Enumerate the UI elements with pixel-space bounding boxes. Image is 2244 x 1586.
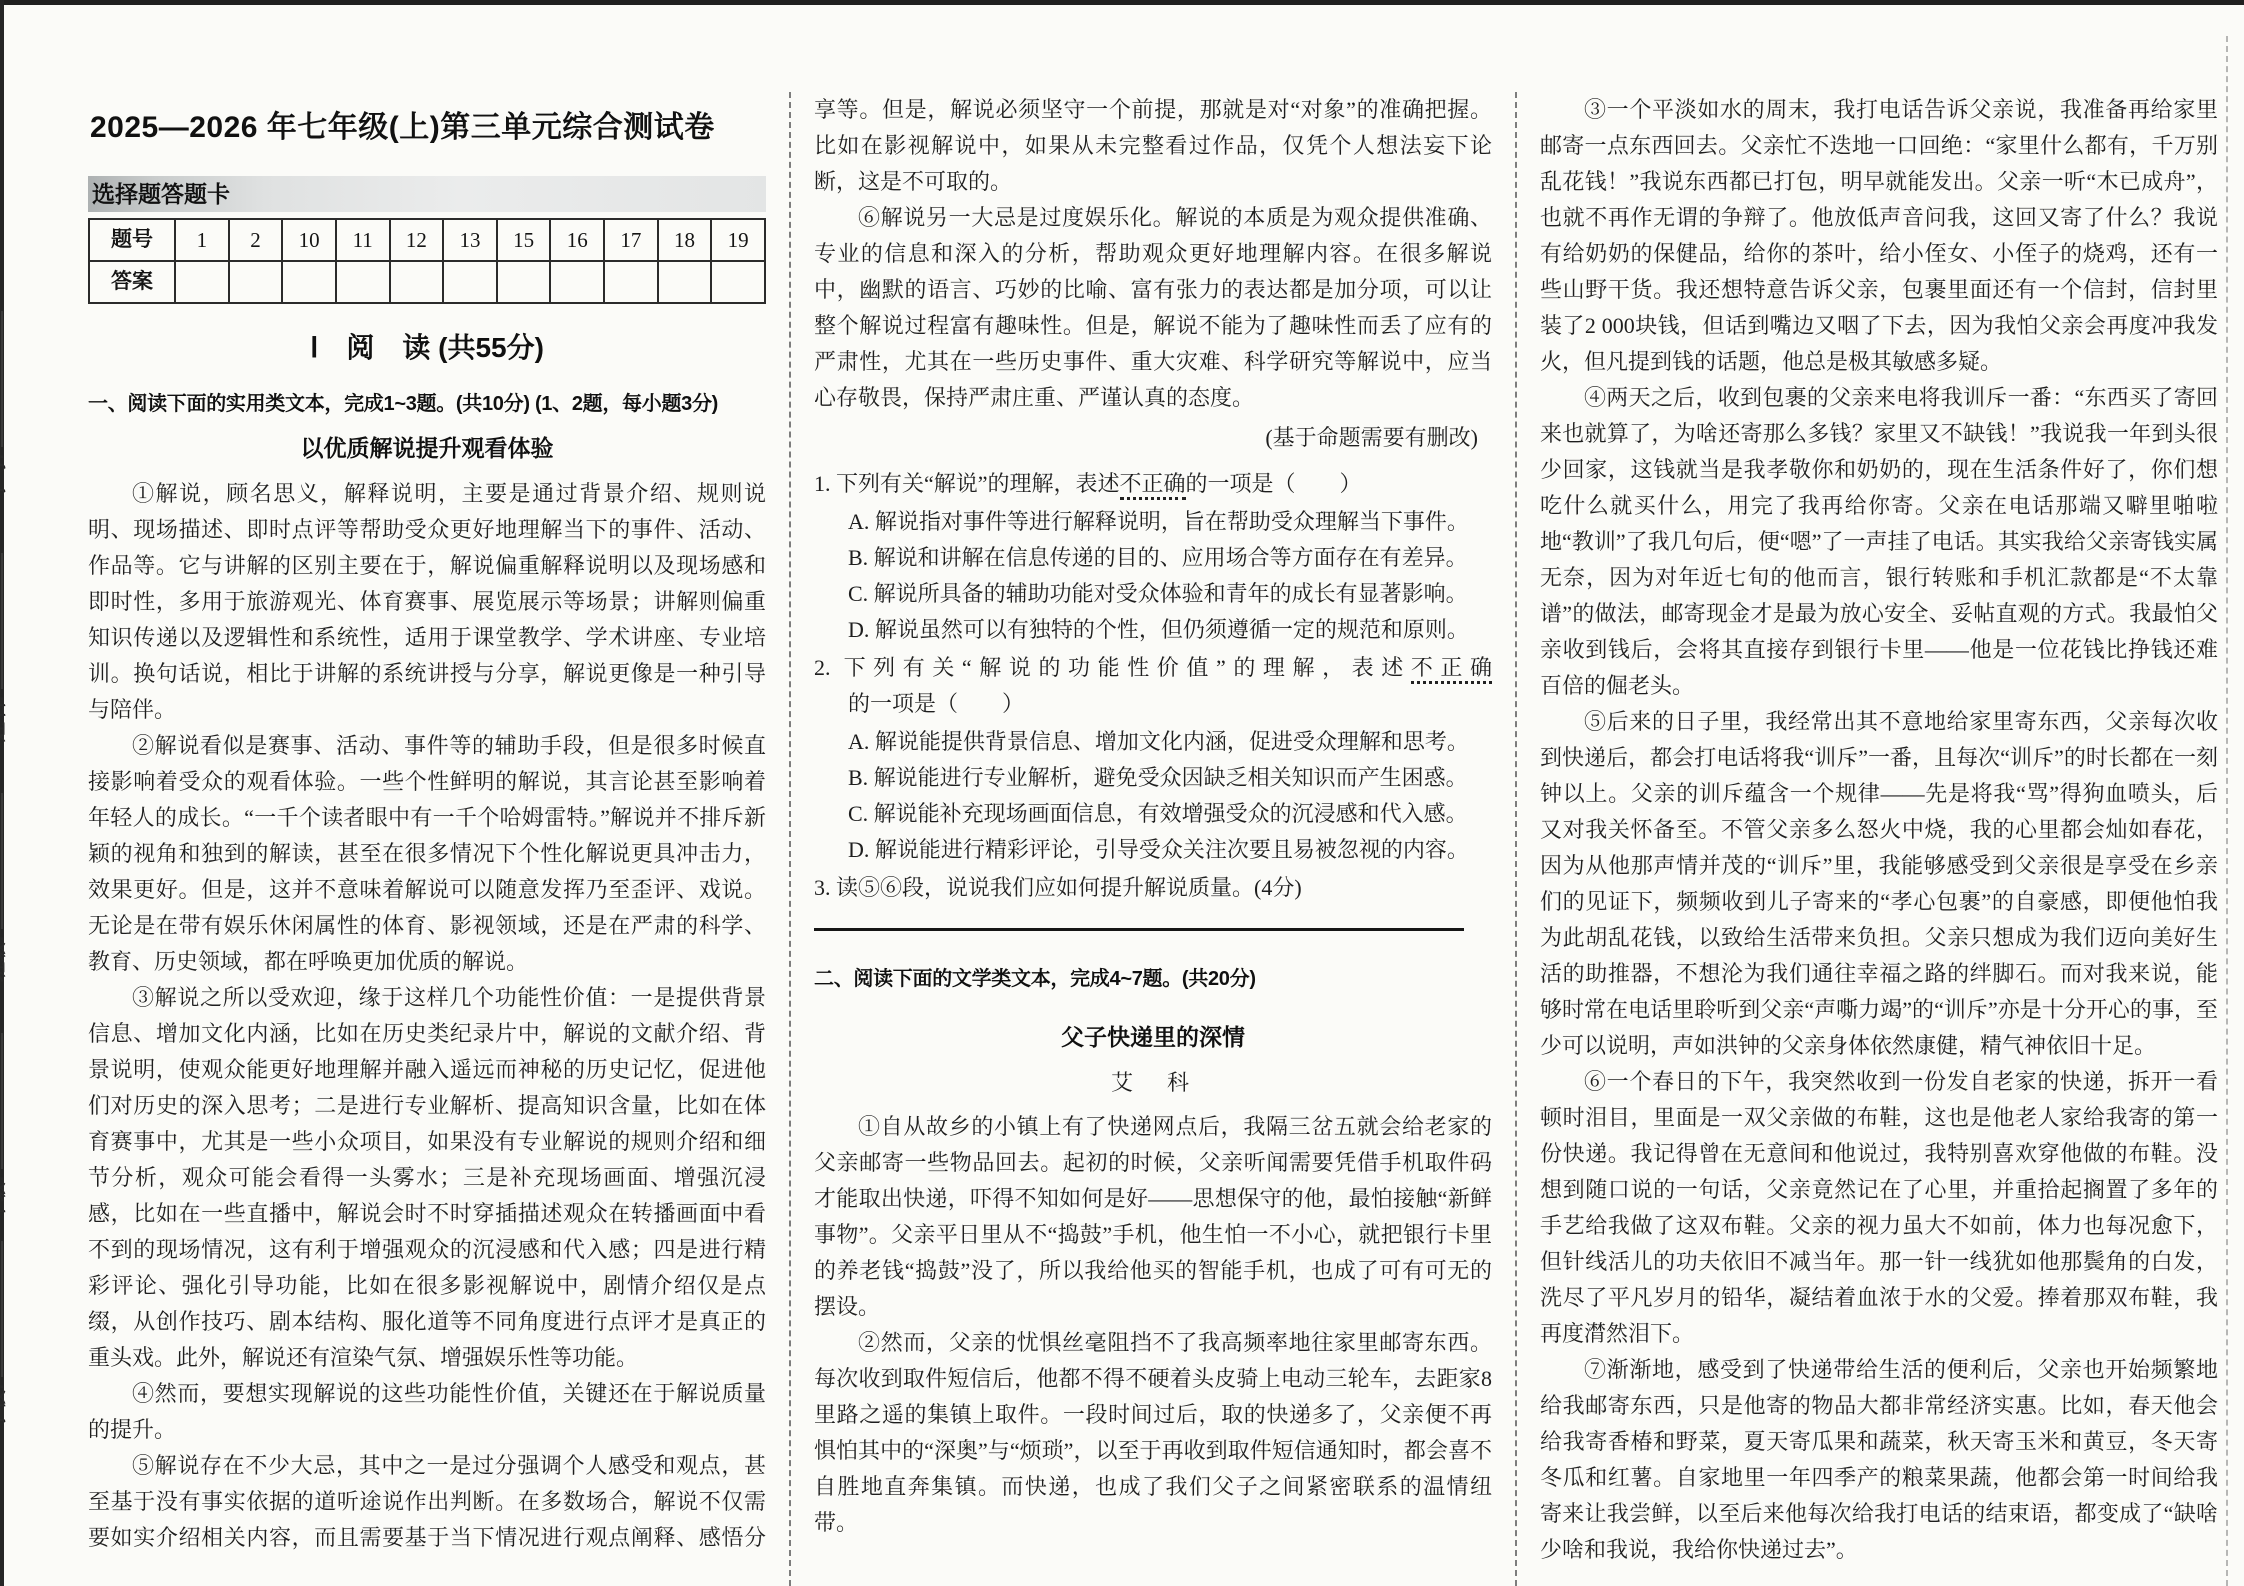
scanned-exam-page: { "page_title": "2025—2026 年七年级(上)第三单元综合… xyxy=(0,0,2244,1586)
question-2-option-b: B. 解说能进行专业解析，避免受众因缺乏相关知识而产生困惑。 xyxy=(814,760,1492,796)
question-1-stem: 1. 下列有关“解说”的理解，表述不正确的一项是（ ） xyxy=(814,466,1492,502)
answer-card-answer-cell xyxy=(390,261,444,303)
margin-field-blank-line xyxy=(0,1241,3,1377)
answer-card-answer-cell xyxy=(711,261,765,303)
answer-card-answer-row: 答案 xyxy=(89,261,765,303)
question-3-stem: 3. 读⑤⑥段，说说我们应如何提升解说质量。(4分) xyxy=(814,870,1492,906)
answer-card-table: 题号 1 2 10 11 12 13 15 16 17 18 19 答案 xyxy=(88,218,766,304)
margin-field-label: 班级: xyxy=(0,935,8,982)
answer-card-qnum: 17 xyxy=(604,219,658,261)
margin-field-name: 姓名: xyxy=(0,506,10,742)
question-1-option-c: C. 解说所具备的辅助功能对受众体验和青年的成长有显著影响。 xyxy=(814,576,1492,612)
passage-paragraph: ④两天之后，收到包裹的父亲来电将我训斥一番：“东西买了寄回来也就算了，为啥还寄那… xyxy=(1540,380,2218,704)
answer-card-qnum: 2 xyxy=(229,219,283,261)
margin-field-student-id: 学号: xyxy=(0,264,10,500)
answer-card-answer-cell xyxy=(282,261,336,303)
answer-card-qnum: 19 xyxy=(711,219,765,261)
margin-field-label: 姓名: xyxy=(0,695,8,742)
passage-paragraph: ③解说之所以受欢迎，缘于这样几个功能性价值：一是提供背景信息、增加文化内涵，比如… xyxy=(88,980,766,1376)
passage-paragraph: ②然而，父亲的忧惧丝毫阻挡不了我高频率地往家里邮寄东西。每次收到取件短信后，他都… xyxy=(814,1325,1492,1541)
part2-author: 艾 科 xyxy=(814,1065,1492,1101)
question-2-stem: 2. 下列有关“解说的功能性价值”的理解，表述不正确的一项是（ ） xyxy=(814,650,1492,722)
passage-paragraph: ⑥一个春日的下午，我突然收到一份发自老家的快递，拆开一看顿时泪目，里面是一双父亲… xyxy=(1540,1064,2218,1352)
question-number: 3. xyxy=(814,875,831,900)
part1-instruction: 一、阅读下面的实用类文本，完成1~3题。(共10分) (1、2题，每小题3分) xyxy=(88,386,766,422)
margin-field-class: 班级: xyxy=(0,746,10,982)
passage-paragraph: ⑦渐渐地，感受到了快递带给生活的便利后，父亲也开始频繁地给我邮寄东西，只是他寄的… xyxy=(1540,1352,2218,1568)
margin-field-label: 学校: xyxy=(0,1383,8,1430)
exam-body-columns: 2025—2026 年七年级(上)第三单元综合测试卷 选择题答题卡 题号 1 2… xyxy=(88,56,2218,1586)
answer-card-qnum: 16 xyxy=(550,219,604,261)
answer-card-answer-cell xyxy=(658,261,712,303)
section-divider-rule xyxy=(814,928,1464,931)
answer-card-number-row: 题号 1 2 10 11 12 13 15 16 17 18 19 xyxy=(89,219,765,261)
question-number: 2. xyxy=(814,655,831,680)
answer-card-qnum: 1 xyxy=(175,219,229,261)
margin-field-blank-line xyxy=(0,311,3,447)
question-2-option-d: D. 解说能进行精彩评论，引导受众关注次要且易被忽视的内容。 xyxy=(814,832,1492,868)
passage-paragraph: ⑤后来的日子里，我经常出其不意地给家里寄东西，父亲每次收到快递后，都会打电话将我… xyxy=(1540,704,2218,1064)
part1-passage-title: 以优质解说提升观看体验 xyxy=(88,430,766,466)
answer-card-qnum-header: 题号 xyxy=(89,219,175,261)
answer-card-qnum: 12 xyxy=(390,219,444,261)
question-1-option-d: D. 解说虽然可以有独特的个性，但仍须遵循一定的规范和原则。 xyxy=(814,612,1492,648)
passage-paragraph: ①解说，顾名思义，解释说明，主要是通过背景介绍、规则说明、现场描述、即时点评等帮… xyxy=(88,476,766,728)
passage-paragraph: ⑥解说另一大忌是过度娱乐化。解说的本质是为观众提供准确、专业的信息和深入的分析，… xyxy=(814,200,1492,416)
answer-card-answer-cell xyxy=(550,261,604,303)
passage-paragraph: ③一个平淡如水的周末，我打电话告诉父亲说，我准备再给家里邮寄一点东西回去。父亲忙… xyxy=(1540,92,2218,380)
scan-edge-top xyxy=(0,0,2244,5)
answer-card-answer-cell xyxy=(229,261,283,303)
answer-card-answer-cell xyxy=(175,261,229,303)
answer-card-answer-cell xyxy=(604,261,658,303)
question-1-option-b: B. 解说和讲解在信息传递的目的、应用场合等方面存在有差异。 xyxy=(814,540,1492,576)
margin-field-school: 学校: xyxy=(0,1194,10,1430)
answer-card-qnum: 15 xyxy=(497,219,551,261)
question-number: 1. xyxy=(814,471,831,496)
answer-card-answer-cell xyxy=(443,261,497,303)
passage-paragraph: ②解说看似是赛事、活动、事件等的辅助手段，但是很多时候直接影响着受众的观看体验。… xyxy=(88,728,766,980)
margin-field-grade: 年级: xyxy=(0,986,10,1222)
question-2-option-a: A. 解说能提供背景信息、增加文化内涵，促进受众理解和思考。 xyxy=(814,724,1492,760)
answer-card-qnum: 10 xyxy=(282,219,336,261)
passage-paragraph: ①自从故乡的小镇上有了快递网点后，我隔三岔五就会给老家的父亲邮寄一些物品回去。起… xyxy=(814,1109,1492,1325)
answer-card-answer-cell xyxy=(497,261,551,303)
margin-field-blank-line xyxy=(0,793,3,929)
answer-card-title-bar: 选择题答题卡 xyxy=(88,176,766,212)
answer-card: 选择题答题卡 题号 1 2 10 11 12 13 15 16 17 18 19… xyxy=(88,176,766,304)
answer-card-answer-header: 答案 xyxy=(89,261,175,303)
margin-field-blank-line xyxy=(0,553,3,689)
answer-card-qnum: 13 xyxy=(443,219,497,261)
section-reading-heading: Ⅰ 阅 读 (共55分) xyxy=(88,330,766,366)
fold-seal-line-right xyxy=(2226,36,2228,1586)
margin-field-blank-line xyxy=(0,1033,3,1169)
answer-card-answer-cell xyxy=(336,261,390,303)
passage-paragraph: ④然而，要想实现解说的这些功能性价值，关键还在于解说质量的提升。 xyxy=(88,1376,766,1448)
exam-title: 2025—2026 年七年级(上)第三单元综合测试卷 xyxy=(90,110,766,146)
emphasized-text: 不正确 xyxy=(1120,471,1186,500)
answer-card-qnum: 11 xyxy=(336,219,390,261)
answer-card-qnum: 18 xyxy=(658,219,712,261)
question-2-option-c: C. 解说能补充现场画面信息，有效增强受众的沉浸感和代入感。 xyxy=(814,796,1492,832)
part2-instruction: 二、阅读下面的文学类文本，完成4~7题。(共20分) xyxy=(814,961,1492,997)
question-1-option-a: A. 解说指对事件等进行解释说明，旨在帮助受众理解当下事件。 xyxy=(814,504,1492,540)
margin-field-label: 学号: xyxy=(0,453,8,500)
part2-passage-title: 父子快递里的深情 xyxy=(814,1019,1492,1055)
part1-source-note: (基于命题需要有删改) xyxy=(814,420,1492,456)
emphasized-text: 不正确 xyxy=(1411,655,1492,684)
